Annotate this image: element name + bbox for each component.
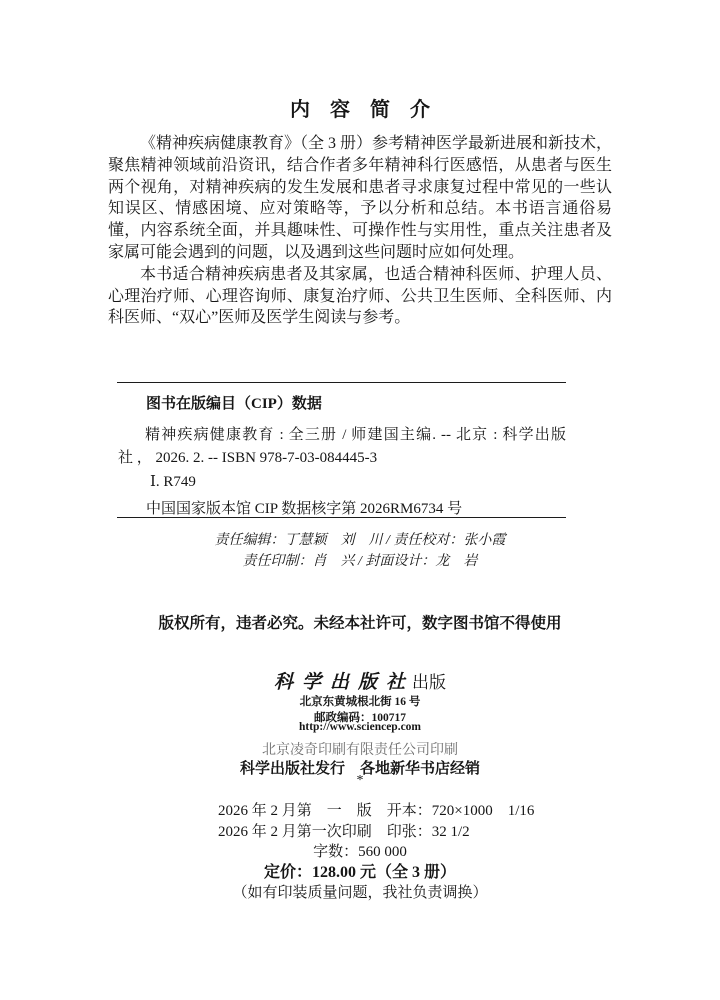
cip-registry-note: 中国国家版本馆 CIP 数据核字第 2026RM6734 号 [146,497,462,518]
cip-entry-line-2: 社 ， 2026. 2. -- ISBN 978-7-03-084445-3 [118,446,377,467]
price: 定价：128.00 元（全 3 册） [0,859,720,882]
staff-editors-line: 责任编辑：丁慧颖 刘 川 / 责任校对：张小霞 [0,531,720,552]
publisher-logo-suffix: 出版 [412,673,446,692]
publisher-logo: 科学出版社 [274,672,414,693]
intro-section: 《精神疾病健康教育》（全 3 册）参考精神医学最新进展和新技术，聚焦精神领域前沿… [108,133,612,329]
intro-paragraph-2: 本书适合精神疾病患者及其家属，也适合精神科医师、护理人员、心理治疗师、心理咨询师… [108,264,612,329]
cip-top-divider [117,382,566,383]
cip-bottom-divider [117,517,566,518]
publisher-address: 北京东黄城根北街 16 号 [0,693,720,709]
colophon-page: 内 容 简 介 《精神疾病健康教育》（全 3 册）参考精神医学最新进展和新技术，… [0,0,720,1000]
publisher-logo-line: 科学出版社出版 [0,667,720,694]
intro-paragraph-1: 《精神疾病健康教育》（全 3 册）参考精神医学最新进展和新技术，聚焦精神领域前沿… [108,133,612,264]
staff-production-line: 责任印制：肖 兴 / 封面设计：龙 岩 [0,552,720,573]
cip-entry-line-1: 精神疾病健康教育 : 全三册 / 师建国主编. -- 北京 : 科学出版 [117,423,566,444]
page-title: 内 容 简 介 [0,93,720,122]
printing-line: 2026 年 2 月第一次印刷 印张：32 1/2 [218,820,470,841]
printer-name: 北京凌奇印刷有限责任公司印刷 [0,739,720,759]
quality-exchange-note: （如有印装质量问题，我社负责调换） [0,881,720,902]
cip-classification-code: Ⅰ. R749 [150,472,196,491]
asterisk-separator: * [0,773,720,789]
edition-line: 2026 年 2 月第 一 版 开本：720×1000 1/16 [218,799,534,820]
word-count: 字数：560 000 [0,840,720,861]
staff-credits: 责任编辑：丁慧颖 刘 川 / 责任校对：张小霞 责任印制：肖 兴 / 封面设计：… [0,531,720,572]
publisher-website: http://www.sciencep.com [0,721,720,733]
copyright-notice: 版权所有，违者必究。未经本社许可，数字图书馆不得使用 [0,611,720,633]
cip-heading: 图书在版编目（CIP）数据 [146,392,322,413]
